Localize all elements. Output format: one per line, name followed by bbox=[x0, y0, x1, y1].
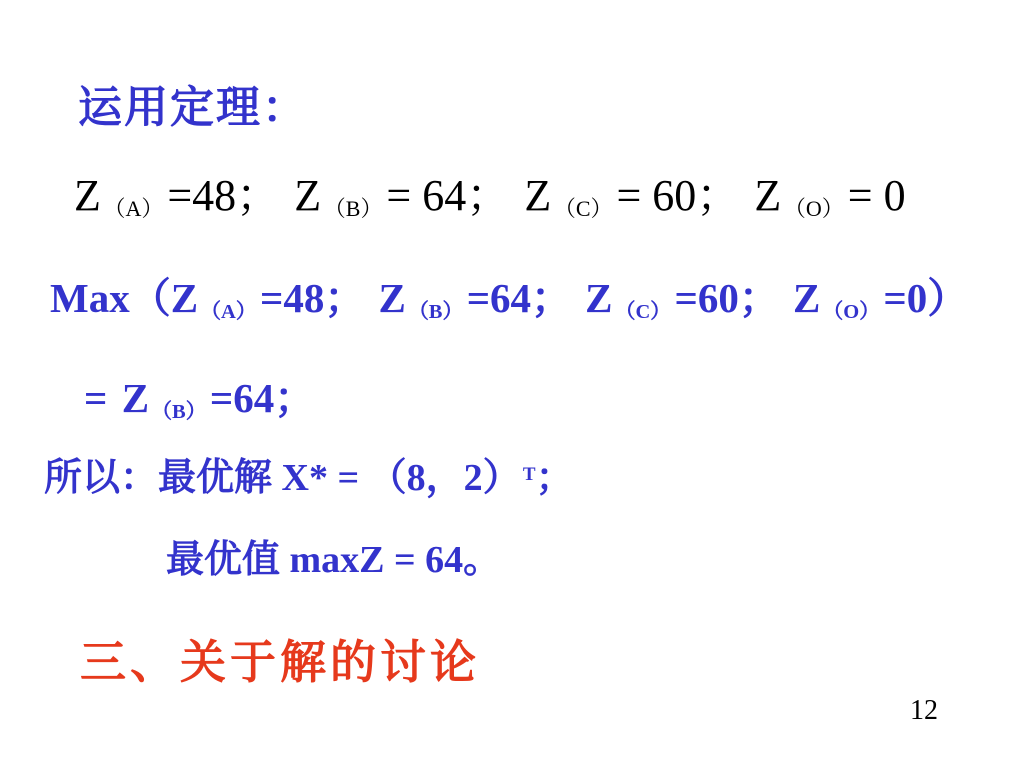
z-value-o: = 0 bbox=[848, 171, 906, 220]
z-term: Z bbox=[585, 275, 612, 321]
z-subscript-b: （B） bbox=[152, 401, 207, 423]
z-value-a: =48； bbox=[167, 171, 280, 220]
transpose-superscript: T bbox=[523, 464, 536, 485]
z-term: Z bbox=[294, 171, 321, 220]
z-value-c: = 60； bbox=[616, 171, 740, 220]
optimal-value-line: 最优值 maxZ = 64。 bbox=[166, 540, 501, 582]
optimal-solution-line: 所以：最优解 X* = （8，2）T； bbox=[44, 458, 574, 500]
z-term: Z bbox=[524, 171, 551, 220]
z-values-line: Z（A）=48；Z（B）= 64；Z（C）= 60；Z（O）= 0 bbox=[74, 172, 906, 221]
z-term: Z bbox=[74, 171, 101, 220]
solution-suffix: ； bbox=[536, 457, 574, 499]
z-subscript-c: （C） bbox=[615, 301, 671, 323]
z-value-b: =64； bbox=[467, 275, 572, 321]
max-expression-line: Max（Z（A）=48；Z（B）=64；Z（C）=60；Z（O）=0） bbox=[50, 276, 968, 323]
z-value-c: =60； bbox=[674, 275, 779, 321]
z-value-b: = 64； bbox=[386, 171, 510, 220]
result-value: =64； bbox=[210, 375, 315, 421]
solution-text: 所以：最优解 X* = （8，2） bbox=[44, 457, 521, 499]
max-prefix: Max（ bbox=[50, 275, 171, 321]
z-subscript-a: （A） bbox=[201, 301, 257, 323]
page-number: 12 bbox=[910, 696, 938, 727]
z-term: Z bbox=[793, 275, 820, 321]
z-value-o: =0） bbox=[883, 275, 968, 321]
equals-sign: = bbox=[84, 375, 107, 421]
z-term: Z bbox=[122, 375, 149, 421]
z-term: Z bbox=[171, 275, 198, 321]
z-subscript-o: （O） bbox=[823, 301, 880, 323]
z-subscript-b: （B） bbox=[324, 196, 383, 221]
max-result-line: =Z（B）=64； bbox=[84, 376, 315, 423]
z-term: Z bbox=[754, 171, 781, 220]
slide-title: 运用定理： bbox=[78, 84, 308, 132]
z-subscript-o: （O） bbox=[784, 196, 844, 221]
z-term: Z bbox=[379, 275, 406, 321]
z-subscript-b: （B） bbox=[408, 301, 463, 323]
z-subscript-a: （A） bbox=[104, 196, 164, 221]
z-value-a: =48； bbox=[260, 275, 365, 321]
section-heading: 三、关于解的讨论 bbox=[80, 638, 480, 689]
z-subscript-c: （C） bbox=[554, 196, 613, 221]
presentation-slide: 运用定理： Z（A）=48；Z（B）= 64；Z（C）= 60；Z（O）= 0 … bbox=[0, 0, 1024, 768]
